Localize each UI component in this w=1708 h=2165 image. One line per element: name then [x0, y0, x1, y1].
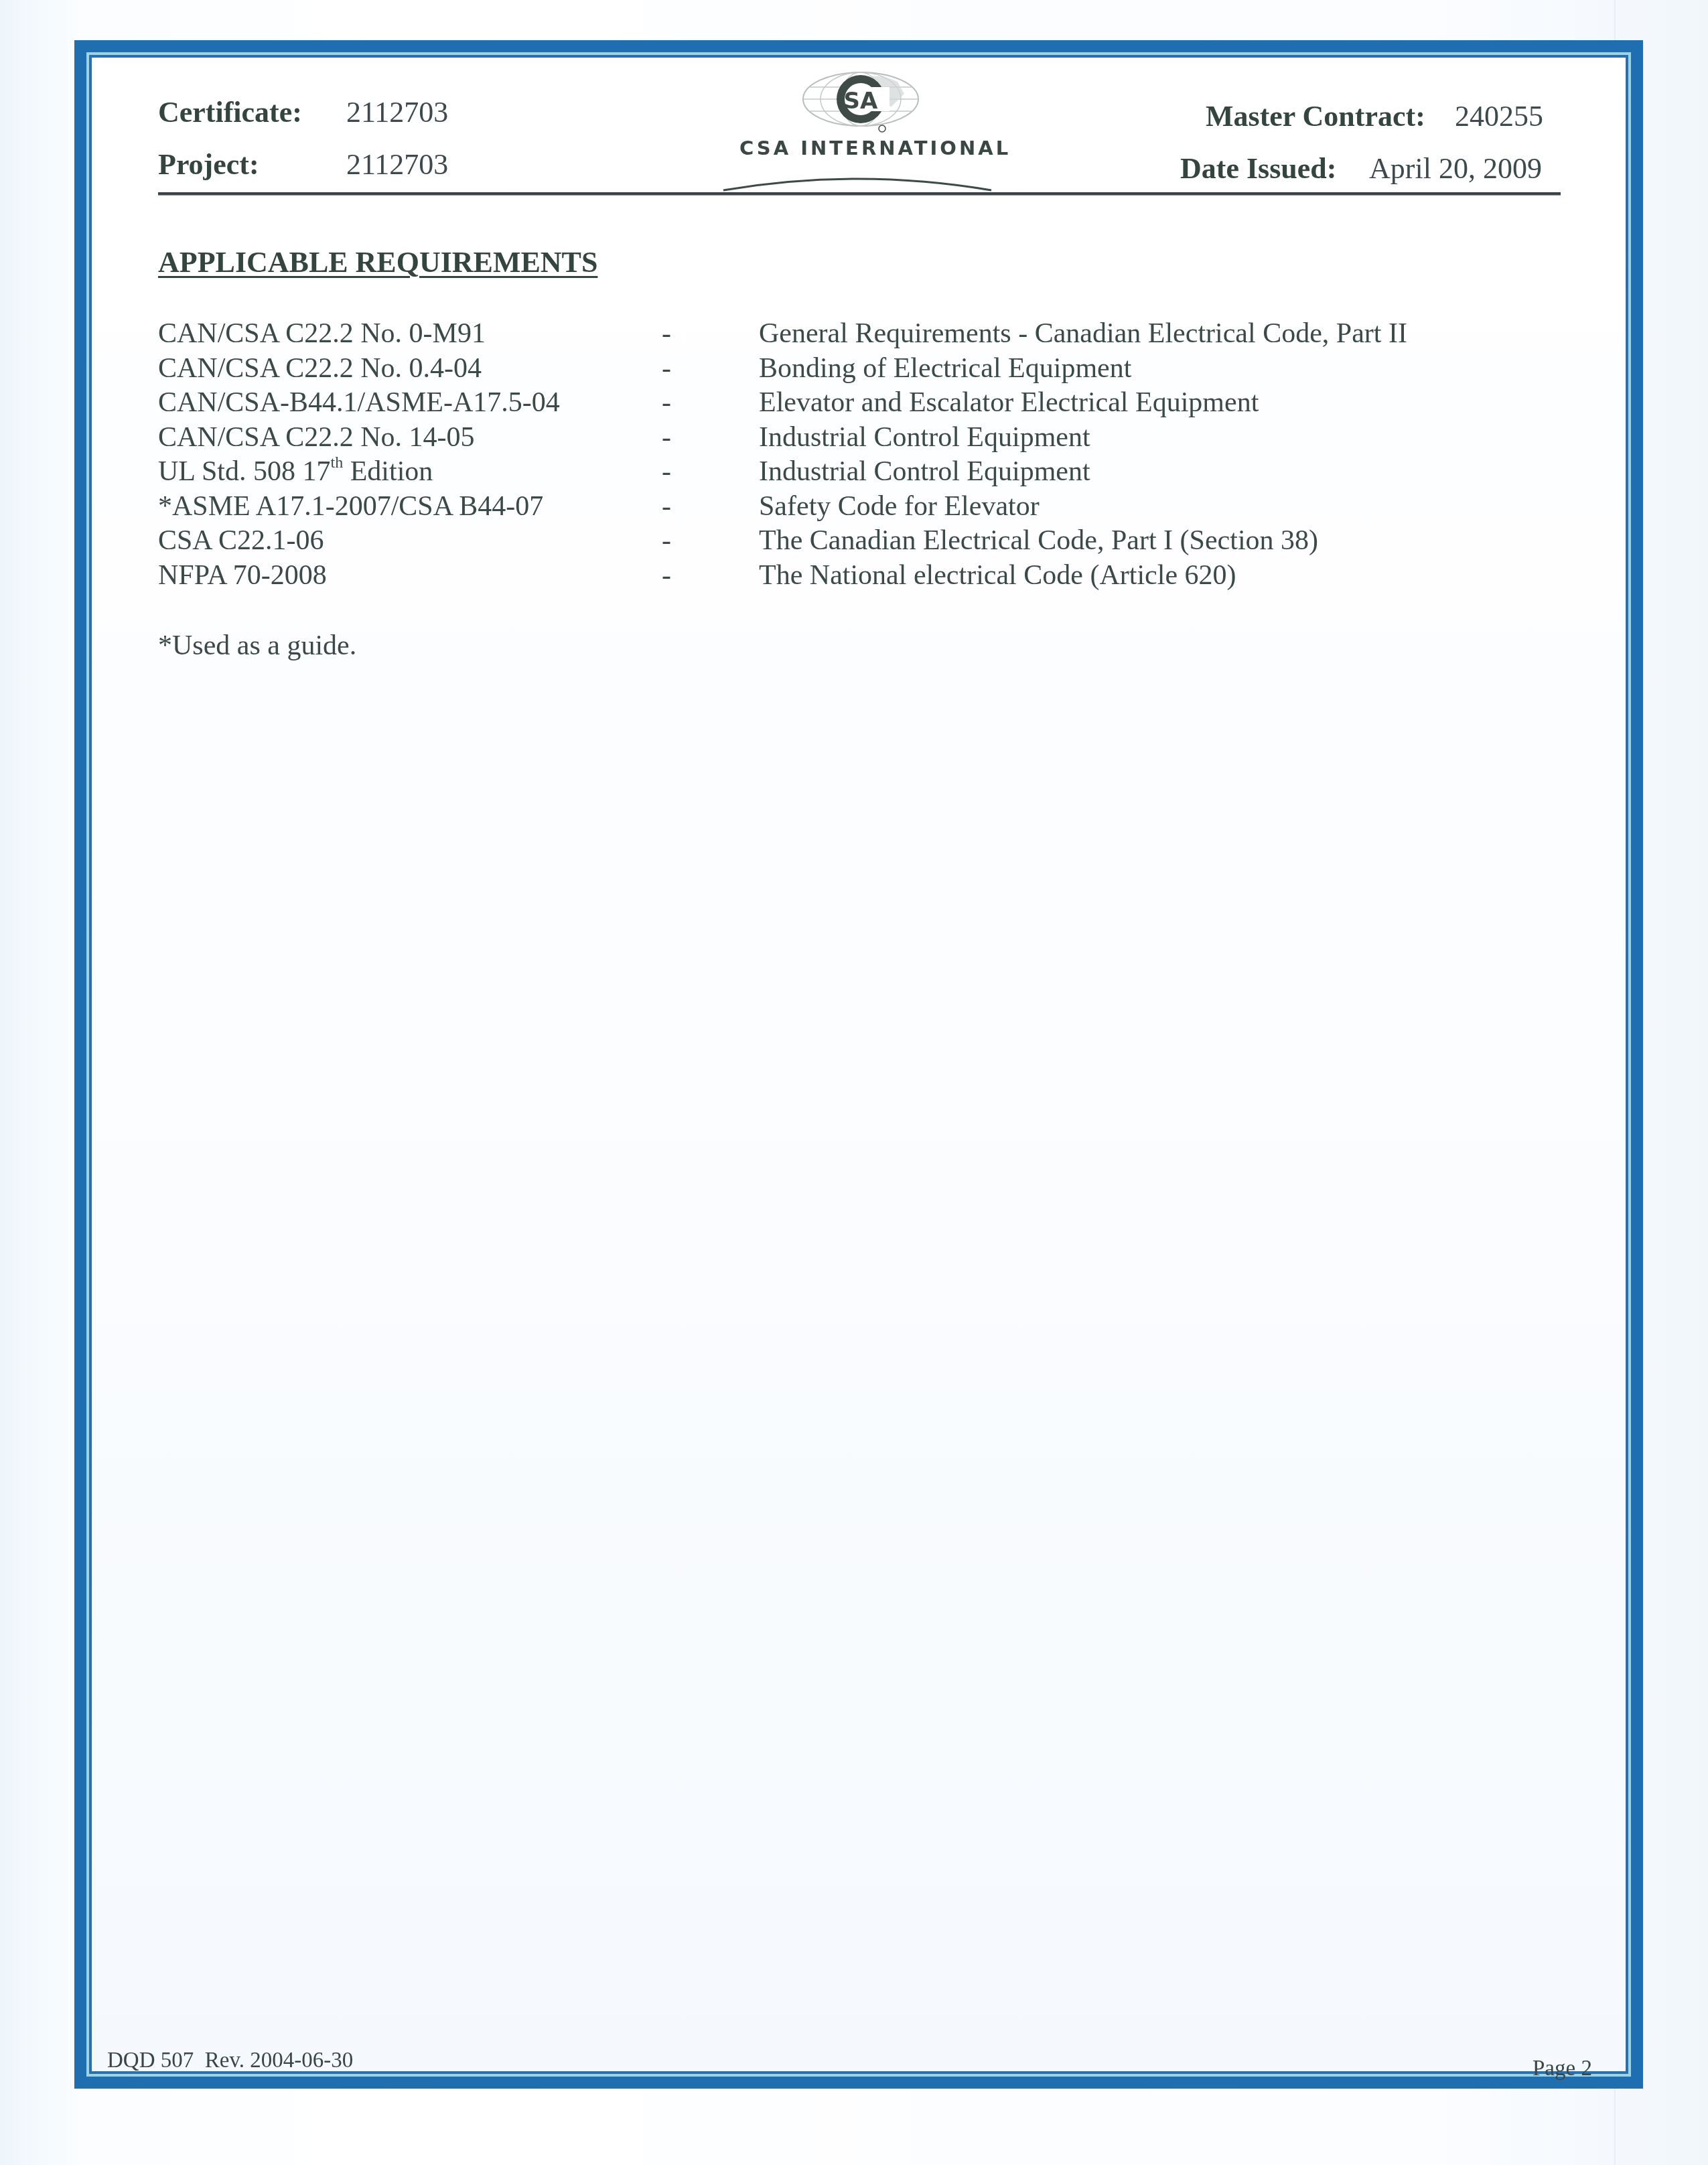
requirement-description: Safety Code for Elevator [759, 490, 1040, 522]
requirement-row: CAN/CSA C22.2 No. 0.4-04 - Bonding of El… [158, 352, 1565, 387]
footnote: *Used as a guide. [158, 630, 356, 662]
requirement-standard: CSA C22.1-06 [158, 525, 324, 557]
certificate-label: Certificate: [158, 95, 302, 129]
requirement-separator: - [662, 456, 671, 488]
header-divider [158, 192, 1561, 196]
project-number: 2112703 [346, 147, 448, 182]
requirement-description: Elevator and Escalator Electrical Equipm… [759, 387, 1259, 419]
requirement-description: The National electrical Code (Article 62… [759, 559, 1236, 591]
requirement-description: Industrial Control Equipment [759, 456, 1090, 488]
requirements-list: CAN/CSA C22.2 No. 0-M91 - General Requir… [158, 318, 1565, 593]
requirement-separator: - [662, 318, 671, 350]
requirement-row: CAN/CSA C22.2 No. 0-M91 - General Requir… [158, 318, 1565, 352]
requirement-separator: - [662, 421, 671, 453]
requirement-standard: CAN/CSA C22.2 No. 0-M91 [158, 318, 486, 350]
requirement-description: The Canadian Electrical Code, Part I (Se… [759, 525, 1318, 557]
section-title: APPLICABLE REQUIREMENTS [158, 245, 597, 279]
requirement-row: *ASME A17.1-2007/CSA B44-07 - Safety Cod… [158, 490, 1565, 525]
requirement-description: Industrial Control Equipment [759, 421, 1090, 453]
certificate-number: 2112703 [346, 95, 448, 129]
requirement-row: CAN/CSA C22.2 No. 14-05 - Industrial Con… [158, 421, 1565, 456]
requirement-separator: - [662, 490, 671, 522]
requirement-standard: CAN/CSA-B44.1/ASME-A17.5-04 [158, 387, 560, 419]
brand-name: CSA INTERNATIONAL [739, 137, 981, 159]
requirement-standard: UL Std. 508 17th Edition [158, 456, 433, 488]
requirement-separator: - [662, 559, 671, 591]
project-label: Project: [158, 147, 259, 182]
svg-text:SA: SA [844, 88, 878, 115]
requirement-row: CSA C22.1-06 - The Canadian Electrical C… [158, 525, 1565, 559]
requirement-description: General Requirements - Canadian Electric… [759, 318, 1407, 350]
requirement-separator: - [662, 387, 671, 419]
master-contract-label: Master Contract: [1206, 99, 1425, 133]
master-contract-number: 240255 [1455, 99, 1543, 133]
requirement-separator: - [662, 525, 671, 557]
date-issued-label: Date Issued: [1180, 151, 1336, 186]
csa-globe-logo-icon: SA [790, 67, 931, 134]
requirement-standard: *ASME A17.1-2007/CSA B44-07 [158, 490, 543, 522]
requirement-row: NFPA 70-2008 - The National electrical C… [158, 559, 1565, 594]
page-number: Page 2 [1533, 2056, 1592, 2081]
logo-swoosh [720, 173, 995, 193]
requirement-description: Bonding of Electrical Equipment [759, 352, 1131, 385]
requirement-standard: CAN/CSA C22.2 No. 0.4-04 [158, 352, 482, 385]
requirement-standard: CAN/CSA C22.2 No. 14-05 [158, 421, 475, 453]
requirement-standard: NFPA 70-2008 [158, 559, 327, 591]
requirement-row: UL Std. 508 17th Edition - Industrial Co… [158, 456, 1565, 490]
date-issued-value: April 20, 2009 [1369, 151, 1542, 186]
requirement-separator: - [662, 352, 671, 385]
form-revision: DQD 507 Rev. 2004-06-30 [107, 2048, 353, 2073]
requirement-row: CAN/CSA-B44.1/ASME-A17.5-04 - Elevator a… [158, 387, 1565, 421]
